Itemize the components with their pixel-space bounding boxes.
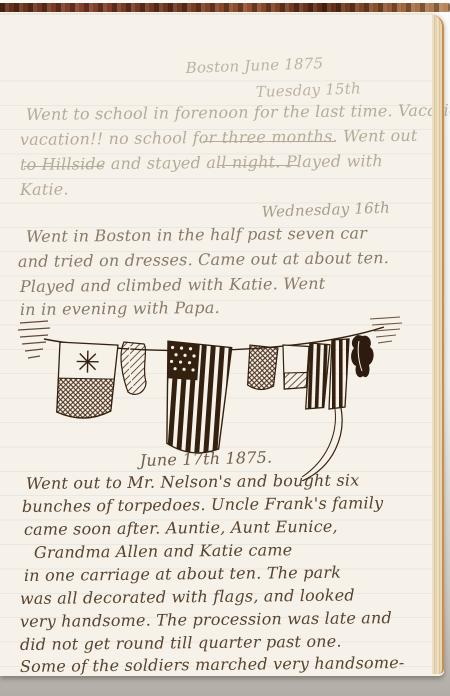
ink-underline xyxy=(218,165,298,166)
heading-date: June 17th 1875. xyxy=(140,448,273,470)
handwritten-line: very handsome. The procession was late a… xyxy=(20,608,392,631)
hatched-flag xyxy=(247,345,278,390)
handwritten-line: Some of the soldiers marched very handso… xyxy=(20,653,405,676)
heading-place-date: Boston June 1875 xyxy=(185,54,323,77)
handwritten-line: Went out to Mr. Nelson's and bought six xyxy=(26,471,360,493)
diary-photograph: Boston June 1875 Tuesday 15th Went to sc… xyxy=(0,0,450,696)
handwritten-line: was all decorated with flags, and looked xyxy=(20,585,355,608)
handwritten-line: to Hillside and stayed all night. Played… xyxy=(20,151,383,174)
handwritten-line: did not get round till quarter past one. xyxy=(20,632,342,654)
handwritten-line: came soon after. Auntie, Aunt Eunice, xyxy=(24,517,338,539)
handwritten-line: Went to school in forenoon for the last … xyxy=(26,100,450,124)
page-edge-stack xyxy=(432,15,444,674)
handwritten-line: Played and climbed with Katie. Went xyxy=(20,274,326,296)
dark-pennant xyxy=(121,342,146,394)
handwritten-line: bunches of torpedoes. Uncle Frank's fami… xyxy=(22,493,384,516)
striped-flag xyxy=(306,343,330,410)
book-cover-edge xyxy=(0,3,450,12)
heading-day: Tuesday 15th xyxy=(255,79,361,101)
ink-underline xyxy=(203,141,335,142)
bird-figure xyxy=(351,335,374,377)
handwritten-line: in one carriage at about ten. The park xyxy=(24,563,341,585)
emblem-flag xyxy=(57,342,118,419)
handwritten-line: Katie. xyxy=(20,179,69,199)
banded-flag xyxy=(282,345,309,389)
diary-page: Boston June 1875 Tuesday 15th Went to sc… xyxy=(0,13,444,676)
handwritten-line: Grandma Allen and Katie came xyxy=(34,540,293,562)
handwritten-line: Went in Boston in the half past seven ca… xyxy=(26,223,367,246)
heading-day: Wednesday 16th xyxy=(261,199,390,221)
american-flag xyxy=(154,335,242,464)
handwritten-line: vacation!! no school for three months. W… xyxy=(20,126,418,149)
handwritten-line: and tried on dresses. Came out at about … xyxy=(18,248,389,271)
ink-underline xyxy=(24,166,104,167)
